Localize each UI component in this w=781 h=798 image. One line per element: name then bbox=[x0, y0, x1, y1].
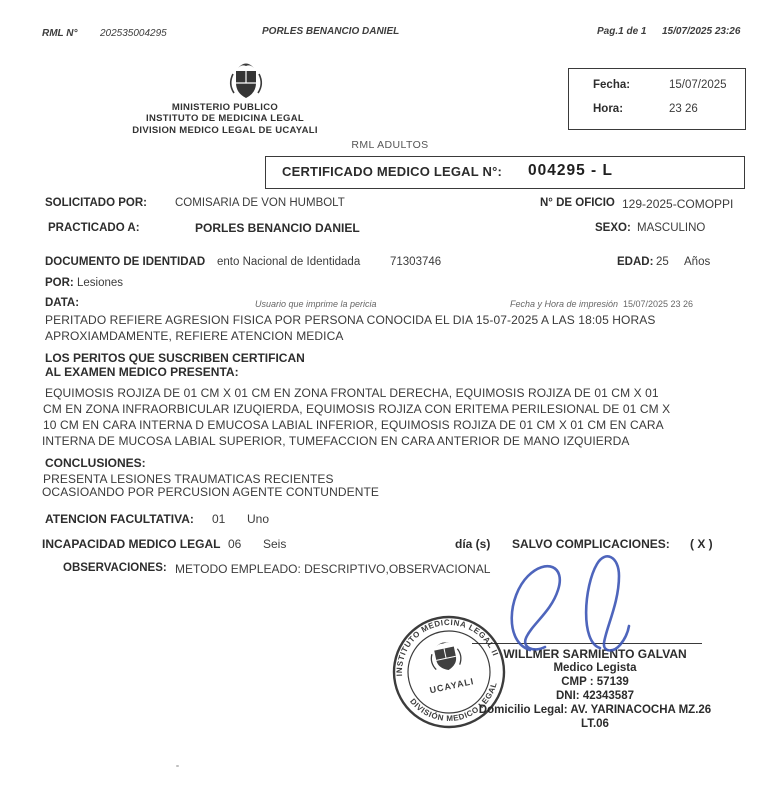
por-label: POR: bbox=[45, 277, 74, 289]
scanned-certificate-page: RML N° 202535004295 PORLES BENANCIO DANI… bbox=[0, 0, 781, 798]
atencion-number: 01 bbox=[212, 512, 225, 526]
atencion-word: Uno bbox=[247, 512, 269, 526]
por-value: Lesiones bbox=[77, 277, 123, 289]
observaciones-label: OBSERVACIONES: bbox=[63, 562, 167, 574]
data-narrative-line: PERITADO REFIERE AGRESION FISICA POR PER… bbox=[45, 313, 655, 327]
rml-number-value: 202535004295 bbox=[100, 28, 167, 39]
conclusiones-label: CONCLUSIONES: bbox=[45, 456, 146, 470]
rml-adultos-label: RML ADULTOS bbox=[290, 139, 490, 151]
edad-label: EDAD: bbox=[617, 256, 653, 268]
sexo-label: SEXO: bbox=[595, 222, 631, 234]
certificate-number-value: 004295 - L bbox=[528, 162, 613, 180]
salvo-complicaciones-value: ( X ) bbox=[690, 537, 713, 551]
exam-finding-line: EQUIMOSIS ROJIZA DE 01 CM X 01 CM EN ZON… bbox=[45, 386, 659, 400]
dias-label: día (s) bbox=[455, 537, 490, 551]
edad-unit: Años bbox=[684, 256, 710, 268]
signature-scribble bbox=[500, 548, 665, 660]
fecha-value: 15/07/2025 bbox=[669, 79, 727, 91]
header-print-datetime: 15/07/2025 23:26 bbox=[662, 26, 740, 37]
peru-coat-of-arms-logo bbox=[226, 60, 266, 102]
edad-value: 25 bbox=[656, 256, 669, 268]
data-narrative-line: APROXIAMDAMENTE, REFIERE ATENCION MEDICA bbox=[45, 329, 343, 343]
certificate-title-label: CERTIFICADO MEDICO LEGAL N°: bbox=[282, 164, 502, 179]
date-time-box: Fecha: 15/07/2025 Hora: 23 26 bbox=[568, 68, 746, 130]
oficio-value: 129-2025-COMOPPI bbox=[622, 197, 733, 211]
documento-label: DOCUMENTO DE IDENTIDAD bbox=[45, 256, 205, 268]
header-page-info: Pag.1 de 1 bbox=[597, 26, 646, 37]
hora-label: Hora: bbox=[593, 103, 623, 115]
data-label: DATA: bbox=[45, 297, 79, 309]
rml-number-label: RML N° bbox=[42, 28, 77, 39]
certify-heading-line: LOS PERITOS QUE SUSCRIBEN CERTIFICAN bbox=[45, 351, 305, 365]
practicado-value: PORLES BENANCIO DANIEL bbox=[195, 221, 360, 235]
print-datetime-value: 15/07/2025 23 26 bbox=[623, 299, 693, 309]
hora-value: 23 26 bbox=[669, 103, 698, 115]
conclusion-line: PRESENTA LESIONES TRAUMATICAS RECIENTES bbox=[43, 472, 334, 486]
exam-heading-line: AL EXAMEN MEDICO PRESENTA: bbox=[45, 365, 239, 379]
institution-line-2: INSTITUTO DE MEDICINA LEGAL bbox=[25, 113, 425, 125]
institution-line-3: DIVISION MEDICO LEGAL DE UCAYALI bbox=[25, 125, 425, 137]
oficio-label: N° DE OFICIO bbox=[540, 197, 615, 209]
incapacidad-label: INCAPACIDAD MEDICO LEGAL bbox=[42, 537, 220, 551]
solicitado-label: SOLICITADO POR: bbox=[45, 197, 147, 209]
incapacidad-word: Seis bbox=[263, 537, 286, 551]
incapacidad-number: 06 bbox=[228, 537, 241, 551]
documento-number: 71303746 bbox=[390, 256, 441, 268]
conclusion-line: OCASIOANDO POR PERCUSION AGENTE CONTUNDE… bbox=[42, 485, 379, 499]
solicitado-value: COMISARIA DE VON HUMBOLT bbox=[175, 197, 345, 209]
observaciones-value: METODO EMPLEADO: DESCRIPTIVO,OBSERVACION… bbox=[175, 562, 490, 576]
exam-finding-line: CM EN ZONA INFRAORBICULAR IZUQIERDA, EQU… bbox=[43, 402, 670, 416]
certificate-number-box: CERTIFICADO MEDICO LEGAL N°: 004295 - L bbox=[265, 156, 745, 189]
sexo-value: MASCULINO bbox=[637, 222, 705, 234]
exam-finding-line: INTERNA DE MUCOSA LABIAL SUPERIOR, TUMEF… bbox=[42, 434, 630, 448]
practicado-label: PRACTICADO A: bbox=[48, 222, 140, 234]
atencion-label: ATENCION FACULTATIVA: bbox=[45, 512, 194, 526]
header-patient-name: PORLES BENANCIO DANIEL bbox=[262, 26, 399, 37]
scan-speck bbox=[176, 765, 179, 767]
stamp-center-text: UCAYALI bbox=[429, 676, 475, 695]
fecha-label: Fecha: bbox=[593, 79, 630, 91]
documento-overlap-text: ento Nacional de Identidada bbox=[217, 256, 360, 268]
exam-finding-line: 10 CM EN CARA INTERNA D EMUCOSA LABIAL I… bbox=[43, 418, 664, 432]
stamp-coat-of-arms bbox=[428, 640, 463, 674]
print-user-note: Usuario que imprime la pericia bbox=[255, 299, 377, 309]
print-datetime-note: Fecha y Hora de impresión bbox=[510, 299, 618, 309]
institution-line-1: MINISTERIO PUBLICO bbox=[25, 102, 425, 114]
